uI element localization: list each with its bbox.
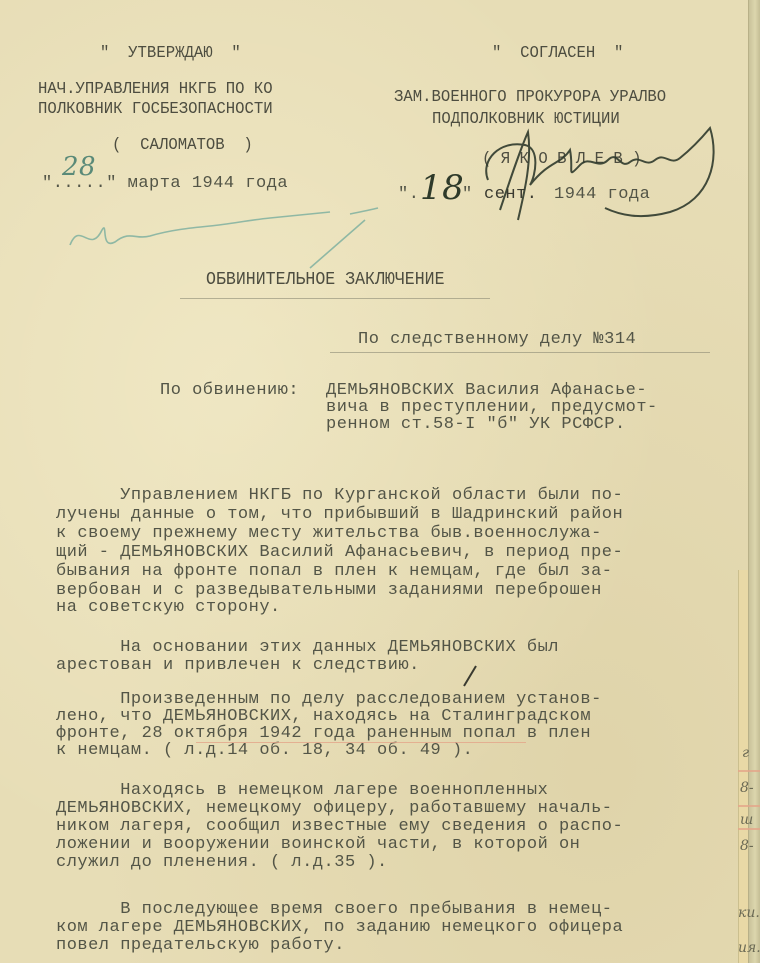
approval-title-line1-left: НАЧ.УПРАВЛЕНИЯ НКГБ ПО КО [38,80,273,99]
approval-heading-left: " УТВЕРЖДАЮ " [100,44,241,63]
body-line: ком лагере ДЕМЬЯНОВСКИХ, по заданию неме… [56,918,623,937]
body-line: лучены данные о том, что прибывший в Шад… [56,505,623,524]
body-line: Управлением НКГБ по Курганской области б… [56,486,623,505]
approval-title-line1-right: ЗАМ.ВОЕННОГО ПРОКУРОРА УРАЛВО [394,88,666,107]
body-line: бывания на фронте попал в плен к немцам,… [56,562,613,581]
title-underline [180,298,490,299]
body-line: к немцам. ( л.д.14 об. 18, 34 об. 49 ). [56,741,473,760]
charge-label: По обвинению: [160,381,299,400]
approval-title-line2-right: ПОДПОЛКОВНИК ЮСТИЦИИ [432,110,620,129]
margin-note: ия. [738,940,760,956]
red-margin-mark [738,828,760,830]
body-line: к своему прежнему месту жительства быв.в… [56,524,602,543]
charge-line: ренном ст.58-I "б" УК РСФСР. [326,415,626,434]
body-line: служил до пленения. ( л.д.35 ). [56,853,388,872]
approval-date-left: "....." марта 1944 года [42,174,288,193]
body-line: повел предательскую работу. [56,936,345,955]
approval-date-quote-close: " [462,185,473,204]
case-number: По следственному делу №314 [358,330,636,349]
body-line: ДЕМЬЯНОВСКИХ, немецкому офицеру, работав… [56,799,613,818]
body-line: на советскую сторону. [56,598,281,617]
body-line: ником лагеря, сообщил известные ему свед… [56,817,623,836]
red-margin-mark [738,805,760,807]
case-number-underline [330,352,710,353]
margin-note: 8- [740,780,754,796]
body-line: Находясь в немецком лагере военнопленных [56,781,548,800]
document-title: ОБВИНИТЕЛЬНОЕ ЗАКЛЮЧЕНИЕ [206,270,445,290]
approver-name-left: ( САЛОМАТОВ ) [112,136,253,155]
red-margin-mark [738,770,760,772]
approval-heading-right: " СОГЛАСЕН " [492,44,623,63]
handwritten-day-right: 18 [420,168,464,208]
margin-note: 8- [740,838,754,854]
body-line: В последующее время своего пребывания в … [56,900,613,919]
approval-date-month: сент. [484,185,538,204]
body-line: щий - ДЕМЬЯНОВСКИХ Василий Афанасьевич, … [56,543,623,562]
approver-name-right: ( Я К О В Л Е В ) [482,150,642,169]
margin-note: ш [740,812,753,828]
approval-date-year: 1944 года [554,185,650,204]
margin-note: г [742,745,749,761]
red-pencil-underline [196,742,526,743]
body-line: арестован и привлечен к следствию. [56,656,420,675]
body-line: На основании этих данных ДЕМЬЯНОВСКИХ бы… [56,638,559,657]
body-line: ложении и вооружении воинской части, в к… [56,835,580,854]
margin-note: ки. [738,905,760,921]
approval-title-line2-left: ПОЛКОВНИК ГОСБЕЗОПАСНОСТИ [38,100,273,119]
approval-date-quote-open: ". [398,185,419,204]
